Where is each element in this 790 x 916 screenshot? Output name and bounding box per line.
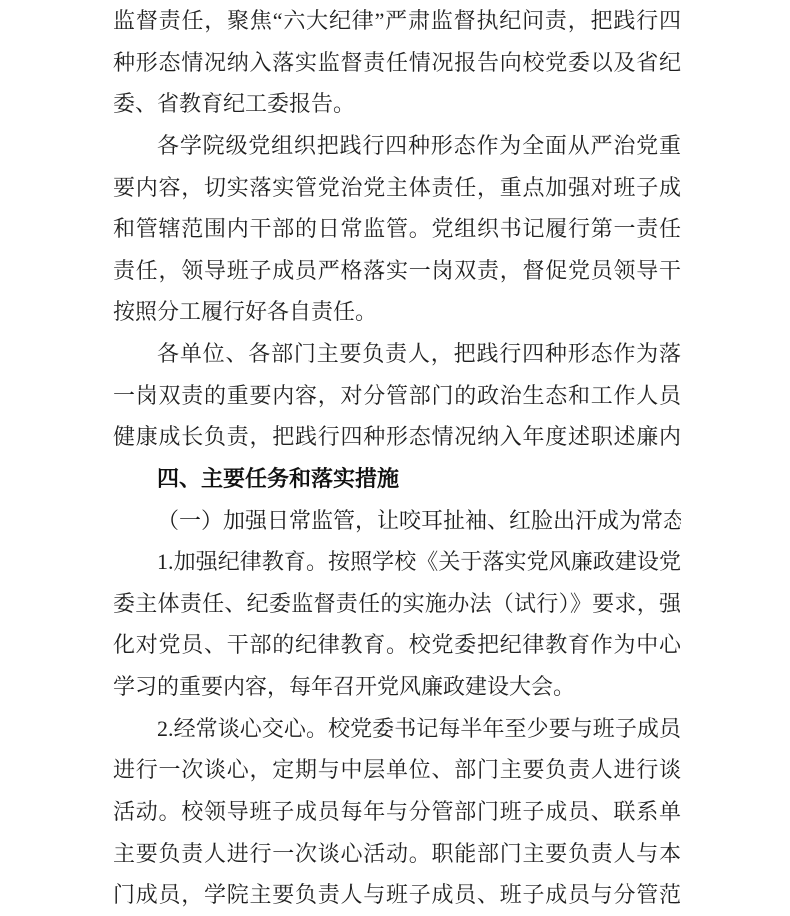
document-line: 责任，领导班子成员严格落实一岗双责，督促党员领导干部 [113, 250, 681, 292]
document-line: 种形态情况纳入落实监督责任情况报告向校党委以及省纪 [113, 42, 681, 84]
document-line: 按照分工履行好各自责任。 [113, 291, 681, 333]
document-line: 进行一次谈心，定期与中层单位、部门主要负责人进行谈心 [113, 749, 681, 791]
document-line: 主要负责人进行一次谈心活动。职能部门主要负责人与本部 [113, 833, 681, 875]
document-line: 学习的重要内容，每年召开党风廉政建设大会。 [113, 666, 681, 708]
document-line: 要内容，切实落实管党治党主体责任，重点加强对班子成员 [113, 167, 681, 209]
document-line: 监督责任，聚焦“六大纪律”严肃监督执纪问责，把践行四 [113, 0, 681, 42]
document-line: 一岗双责的重要内容，对分管部门的政治生态和工作人员的 [113, 375, 681, 417]
document-line: 2.经常谈心交心。校党委书记每半年至少要与班子成员 [113, 708, 681, 750]
document-line: 化对党员、干部的纪律教育。校党委把纪律教育作为中心组 [113, 624, 681, 666]
document-line: 1.加强纪律教育。按照学校《关于落实党风廉政建设党 [113, 541, 681, 583]
document-line: 委、省教育纪工委报告。 [113, 83, 681, 125]
document-line: 各学院级党组织把践行四种形态作为全面从严治党重 [113, 125, 681, 167]
document-line: 和管辖范围内干部的日常监管。党组织书记履行第一责任人 [113, 208, 681, 250]
document-page: 监督责任，聚焦“六大纪律”严肃监督执纪问责，把践行四种形态情况纳入落实监督责任情… [113, 0, 681, 916]
document-line: 各单位、各部门主要负责人，把践行四种形态作为落实 [113, 333, 681, 375]
document-line: 活动。校领导班子成员每年与分管部门班子成员、联系单位 [113, 791, 681, 833]
document-line: 四、主要任务和落实措施 [113, 458, 681, 500]
document-line: 委主体责任、纪委监督责任的实施办法（试行）》要求，强 [113, 583, 681, 625]
document-line: 健康成长负责，把践行四种形态情况纳入年度述职述廉内容。 [113, 416, 681, 458]
page-background: { "page": { "background_color": "#ffffff… [0, 0, 790, 916]
document-line: （一）加强日常监管，让咬耳扯袖、红脸出汗成为常态 [113, 500, 681, 542]
document-line: 门成员，学院主要负责人与班子成员、班子成员与分管范围 [113, 874, 681, 916]
